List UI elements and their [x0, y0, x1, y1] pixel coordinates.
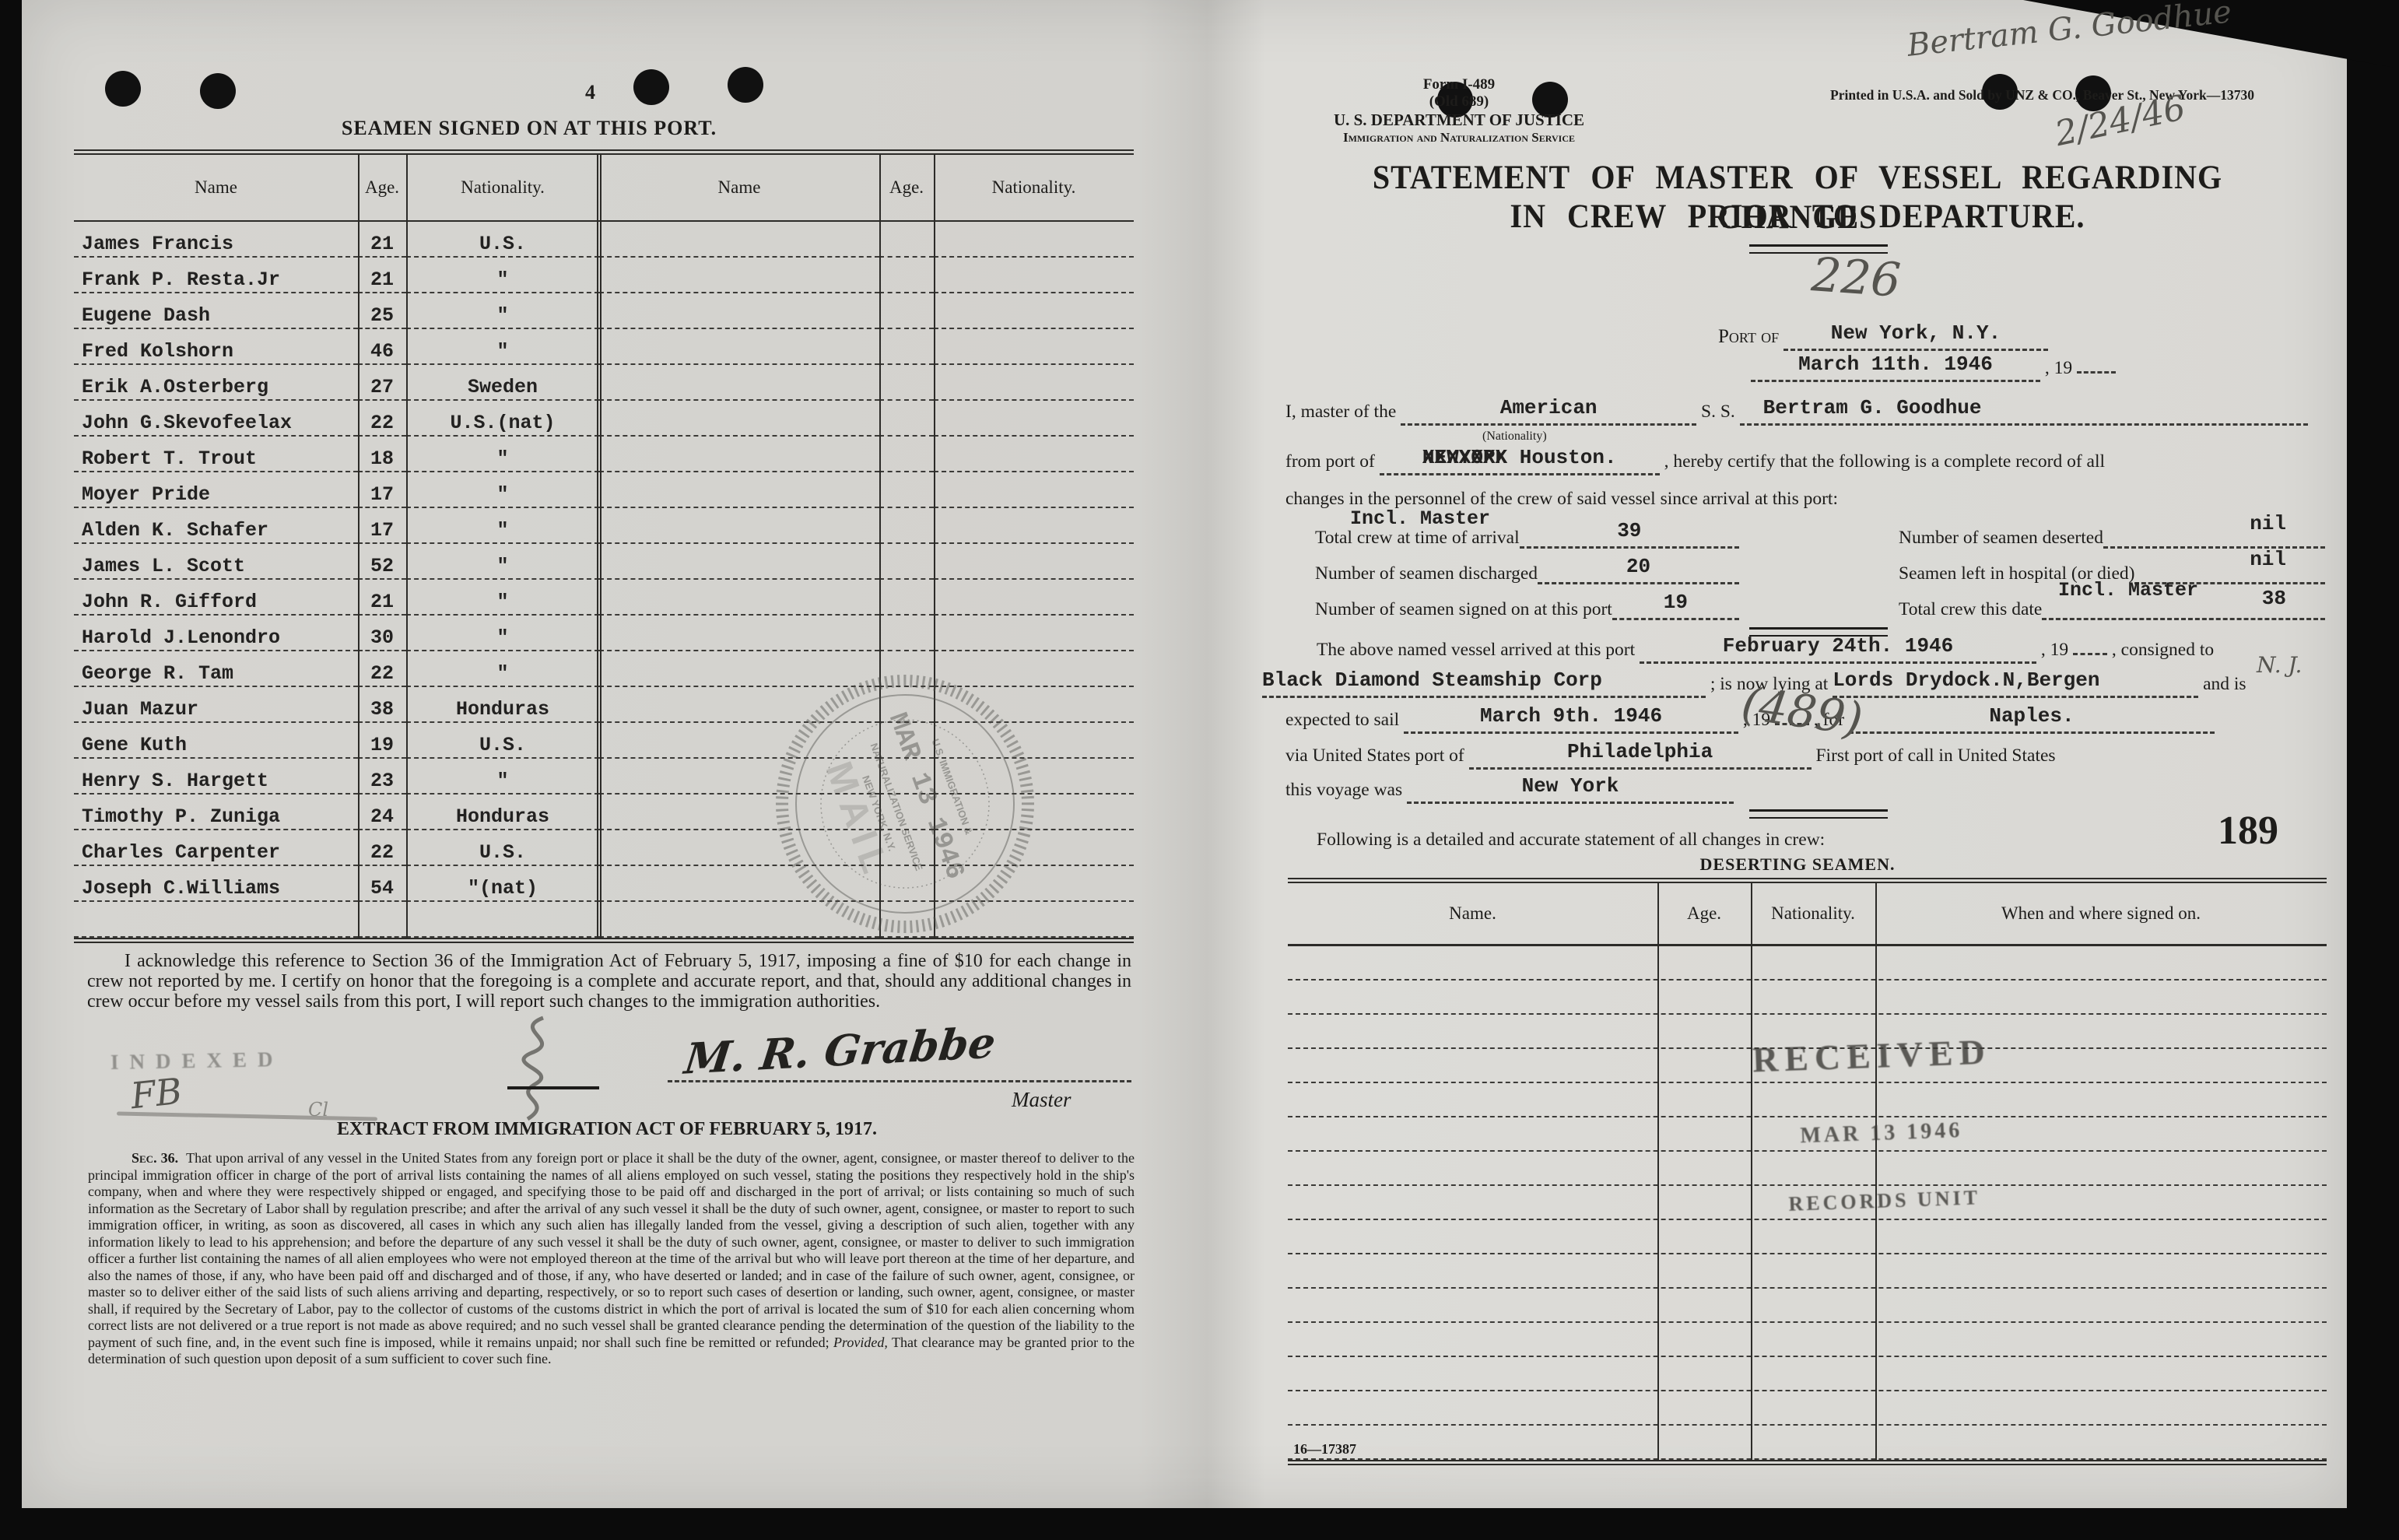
department-name: U. S. DEPARTMENT OF JUSTICE	[1315, 111, 1603, 130]
master-intro: I, master of the	[1285, 402, 1396, 422]
col-header-name: Name	[74, 177, 358, 198]
certify-text: , hereby certify that the following is a…	[1664, 451, 2105, 472]
crew-cell-empty	[879, 258, 934, 293]
page-number: 4	[585, 81, 595, 104]
first-port-label: First port of call in United States	[1815, 745, 2055, 766]
year-suffix-2: , 19	[2041, 640, 2068, 660]
year-suffix: , 19	[2045, 358, 2072, 378]
crew-cell-empty	[599, 293, 879, 329]
crew-cell-empty	[599, 401, 879, 437]
punch-hole	[728, 67, 763, 103]
section-rule-2	[1749, 809, 1888, 819]
stat-discharged-label: Number of seamen discharged	[1315, 563, 1538, 584]
date-field: March 11th. 1946	[1751, 356, 2040, 382]
crew-cell-empty	[879, 508, 934, 544]
via-value: Philadelphia	[1567, 740, 1713, 763]
deserting-empty-row	[1288, 946, 2327, 980]
crew-row: Alden K. Schafer17"	[74, 508, 1134, 544]
crew-row: Moyer Pride17"	[74, 472, 1134, 508]
crew-cell-empty	[879, 329, 934, 365]
crew-cell-empty	[879, 472, 934, 508]
crew-row: James L. Scott52"	[74, 544, 1134, 580]
crew-cell-name: John G.Skevofeelax	[74, 401, 358, 437]
crew-cell-nationality: "	[406, 651, 599, 687]
crew-cell-age: 23	[358, 759, 406, 795]
voyage-value: New York	[1522, 774, 1619, 798]
arrived-date-field: February 24th. 1946	[1640, 638, 2036, 664]
printer-note: Printed in U.S.A. and Sold by UNZ & CO.,…	[1830, 87, 2332, 103]
sail-date-value: March 9th. 1946	[1480, 704, 1662, 728]
crew-cell-empty	[879, 293, 934, 329]
port-of-label: Port of	[1718, 326, 1779, 347]
stat-arrival-label: Total crew at time of arrival	[1315, 528, 1520, 549]
crew-cell-name: Fred Kolshorn	[74, 329, 358, 365]
crew-cell-empty	[599, 616, 879, 651]
short-rule	[507, 1086, 599, 1089]
crew-cell-empty	[934, 329, 1134, 365]
consigned-suffix: , consigned to	[2112, 640, 2214, 660]
crew-cell-empty	[934, 222, 1134, 258]
date-value: March 11th. 1946	[1798, 353, 1993, 376]
crew-cell-nationality: U.S.	[406, 723, 599, 759]
crew-cell-age: 27	[358, 365, 406, 401]
stat-discharged-value: 20	[1626, 555, 1650, 578]
deserting-empty-row	[1288, 980, 2327, 1015]
crew-table-title: SEAMEN SIGNED ON AT THIS PORT.	[226, 117, 833, 140]
crew-cell-name: Gene Kuth	[74, 723, 358, 759]
deserting-table-header: Name. Age. Nationality. When and where s…	[1288, 883, 2327, 946]
crew-cell-age: 52	[358, 544, 406, 580]
crew-row: Eugene Dash25"	[74, 293, 1134, 329]
crew-cell-empty	[599, 580, 879, 616]
via-field: Philadelphia	[1469, 744, 1812, 770]
received-stamp: RECEIVED MAR 13 1946 RECORDS UNIT	[1752, 1031, 1997, 1218]
crew-cell-empty	[934, 437, 1134, 472]
received-stamp-line2: MAR 13 1946	[1800, 1117, 1994, 1149]
crew-cell-age: 22	[358, 401, 406, 437]
crew-cell-empty	[599, 258, 879, 293]
nationality-field: American	[1401, 400, 1696, 426]
crew-cell-age: 24	[358, 795, 406, 830]
crew-row: John G.Skevofeelax22U.S.(nat)	[74, 401, 1134, 437]
crew-cell-name: Moyer Pride	[74, 472, 358, 508]
crew-cell-age: 22	[358, 830, 406, 866]
sail-for-value: Naples.	[1989, 704, 2074, 728]
stat-discharged-field: 20	[1538, 559, 1739, 584]
crew-row: Harold J.Lenondro30"	[74, 616, 1134, 651]
crew-cell-nationality: "	[406, 472, 599, 508]
vessel-name-value: Bertram G. Goodhue	[1763, 396, 1982, 419]
crew-cell-nationality: "	[406, 329, 599, 365]
crew-cell-age: 30	[358, 616, 406, 651]
crew-row: Robert T. Trout18"	[74, 437, 1134, 472]
crew-cell-empty	[934, 508, 1134, 544]
crew-cell-nationality: Honduras	[406, 687, 599, 723]
sail-for-field: Naples.	[1849, 708, 2215, 734]
punch-hole	[200, 73, 236, 109]
nationality-caption: (Nationality)	[1482, 430, 1547, 444]
from-port-label: from port of	[1285, 451, 1375, 472]
extract-body: Sec. 36. That upon arrival of any vessel…	[88, 1150, 1135, 1368]
crew-cell-nationality: U.S.	[406, 222, 599, 258]
year-field	[2077, 371, 2116, 374]
voyage-field: New York	[1407, 778, 1734, 804]
crew-cell-age: 54	[358, 866, 406, 902]
stat-arrival-value: 39	[1617, 519, 1641, 542]
crew-row: John R. Gifford21"	[74, 580, 1134, 616]
crew-table-header: Name Age. Nationality. Name Age. Nationa…	[74, 155, 1134, 222]
crew-cell-empty	[599, 365, 879, 401]
crew-cell-name: Joseph C.Williams	[74, 866, 358, 902]
acknowledgment-paragraph: I acknowledge this reference to Section …	[87, 951, 1131, 1012]
crew-cell-name: Frank P. Resta.Jr	[74, 258, 358, 293]
received-stamp-line1: RECEIVED	[1752, 1031, 1991, 1081]
crew-cell-empty	[879, 580, 934, 616]
voyage-label: this voyage was	[1285, 780, 1402, 800]
crew-cell-empty	[879, 437, 934, 472]
crew-cell-age: 25	[358, 293, 406, 329]
crew-cell-empty	[879, 365, 934, 401]
arrived-date-value: February 24th. 1946	[1723, 634, 1953, 658]
column-divider	[1657, 883, 1659, 1460]
crew-cell-empty	[599, 472, 879, 508]
consignee-field: Black Diamond Steamship Corp	[1262, 672, 1706, 698]
crew-cell-name: Erik A.Osterberg	[74, 365, 358, 401]
from-port-value: Houston.	[1520, 446, 1617, 469]
crew-cell-age: 19	[358, 723, 406, 759]
port-of-value: New York, N.Y.	[1831, 321, 2001, 345]
provided-word: Provided,	[833, 1335, 888, 1350]
stat-deserted-field: nil	[2103, 523, 2325, 549]
nationality-value: American	[1500, 396, 1598, 419]
crew-row: Erik A.Osterberg27Sweden	[74, 365, 1134, 401]
deserting-empty-row	[1288, 1426, 2327, 1460]
crew-cell-name: Henry S. Hargett	[74, 759, 358, 795]
col-header-age: Age.	[1657, 903, 1751, 924]
sail-label: expected to sail	[1285, 710, 1399, 730]
col-header-name: Name.	[1288, 903, 1657, 924]
col-header-age: Age.	[879, 177, 934, 198]
stat-signed-on-label: Number of seamen signed on at this port	[1315, 599, 1612, 620]
extract-title: EXTRACT FROM IMMIGRATION ACT OF FEBRUARY…	[187, 1119, 1027, 1140]
crew-row: James Francis21U.S.	[74, 222, 1134, 258]
sail-date-field: March 9th. 1946	[1404, 708, 1738, 734]
crew-cell-name: James L. Scott	[74, 544, 358, 580]
pencil-scribble	[489, 1010, 590, 1127]
crew-cell-name: James Francis	[74, 222, 358, 258]
crew-cell-empty	[599, 508, 879, 544]
crew-cell-nationality: U.S.	[406, 830, 599, 866]
deserting-title: DESERTING SEAMEN.	[1525, 854, 2070, 875]
stat-hospital-value: nil	[2250, 548, 2286, 571]
crew-cell-nationality: "	[406, 437, 599, 472]
following-text: Following is a detailed and accurate sta…	[1317, 830, 1825, 851]
ss-label: S. S.	[1701, 402, 1735, 422]
crew-cell-empty	[934, 293, 1134, 329]
crew-cell-nationality: "	[406, 616, 599, 651]
form-number: Form I-489	[1315, 76, 1603, 93]
crew-cell-age: 21	[358, 580, 406, 616]
form-title-line2: IN CREW PRIOR TO DEPARTURE.	[1346, 196, 2249, 236]
deserting-empty-row	[1288, 1289, 2327, 1323]
stat-arrival-field: 39	[1520, 523, 1739, 549]
crew-cell-nationality: "	[406, 544, 599, 580]
crew-cell-name: Robert T. Trout	[74, 437, 358, 472]
crew-cell-nationality: "	[406, 258, 599, 293]
service-name: Immigration and Naturalization Service	[1315, 130, 1603, 146]
deserting-empty-row	[1288, 1254, 2327, 1289]
crew-cell-nationality: Sweden	[406, 365, 599, 401]
deserting-empty-row	[1288, 1323, 2327, 1357]
crew-cell-nationality: U.S.(nat)	[406, 401, 599, 437]
column-divider	[597, 155, 602, 938]
col-header-signed-on: When and where signed on.	[1875, 903, 2327, 924]
stamped-number: 189	[2218, 808, 2278, 854]
crew-cell-age: 38	[358, 687, 406, 723]
crew-cell-name: George R. Tam	[74, 651, 358, 687]
punch-hole	[105, 71, 141, 107]
punch-hole	[633, 69, 669, 105]
pencil-initials: FB	[128, 1070, 184, 1117]
from-port-overstrike: XXXXXXX	[1422, 446, 1507, 469]
col-header-name: Name	[599, 177, 879, 198]
crew-row: Frank P. Resta.Jr21"	[74, 258, 1134, 293]
stat-deserted-value: nil	[2250, 512, 2286, 535]
stat-total-label: Total crew this date	[1899, 599, 2042, 620]
crew-cell-nationality: Honduras	[406, 795, 599, 830]
crew-cell-empty	[879, 616, 934, 651]
crew-cell-empty	[934, 365, 1134, 401]
lying-field: Lords Drydock.N,Bergen	[1833, 672, 2198, 698]
crew-cell-name: Harold J.Lenondro	[74, 616, 358, 651]
crew-cell-name: Alden K. Schafer	[74, 508, 358, 544]
crew-cell-empty	[934, 401, 1134, 437]
section-label: Sec. 36.	[88, 1150, 178, 1166]
handwritten-nj: N. J.	[2257, 652, 2302, 678]
crew-cell-name: John R. Gifford	[74, 580, 358, 616]
crew-cell-age: 17	[358, 472, 406, 508]
crew-cell-nationality: "	[406, 293, 599, 329]
stat-signed-on-field: 19	[1612, 595, 1739, 620]
port-of-field: New York, N.Y.	[1783, 325, 2048, 351]
column-divider	[406, 155, 408, 938]
crew-row: Fred Kolshorn46"	[74, 329, 1134, 365]
col-header-nationality: Nationality.	[1751, 903, 1875, 924]
certify-text2: changes in the personnel of the crew of …	[1285, 489, 1838, 510]
lying-value: Lords Drydock.N,Bergen	[1833, 668, 2099, 692]
indexed-stamp: INDEXED	[110, 1047, 284, 1075]
crew-cell-age: 18	[358, 437, 406, 472]
crew-cell-nationality	[406, 902, 599, 938]
consignee-value: Black Diamond Steamship Corp	[1262, 668, 1602, 692]
scanned-document: 4 SEAMEN SIGNED ON AT THIS PORT. Name Ag…	[0, 0, 2399, 1540]
crew-cell-empty	[934, 472, 1134, 508]
crew-cell-nationality: "	[406, 759, 599, 795]
arrived-intro: The above named vessel arrived at this p…	[1317, 640, 1635, 660]
handwritten-number: 226	[1810, 247, 1903, 308]
crew-cell-name: Eugene Dash	[74, 293, 358, 329]
crew-cell-age: 46	[358, 329, 406, 365]
crew-cell-age	[358, 902, 406, 938]
and-is-label: and is	[2203, 674, 2246, 694]
crew-cell-nationality: "	[406, 508, 599, 544]
crew-cell-empty	[879, 401, 934, 437]
form-id-block: Form I-489 (Old 689) U. S. DEPARTMENT OF…	[1315, 76, 1603, 146]
col-header-nationality: Nationality.	[934, 177, 1134, 198]
crew-cell-empty	[599, 437, 879, 472]
crew-cell-age: 21	[358, 258, 406, 293]
crew-cell-name: Charles Carpenter	[74, 830, 358, 866]
stat-total-value: 38	[2262, 587, 2286, 610]
crew-cell-empty	[599, 544, 879, 580]
crew-cell-empty	[599, 222, 879, 258]
crew-cell-name	[74, 902, 358, 938]
crew-cell-name: Timothy P. Zuniga	[74, 795, 358, 830]
crew-cell-name: Juan Mazur	[74, 687, 358, 723]
crew-cell-empty	[879, 544, 934, 580]
stat-deserted-label: Number of seamen deserted	[1899, 528, 2103, 549]
signature-line	[668, 1080, 1131, 1082]
deserting-empty-row	[1288, 1357, 2327, 1391]
column-divider	[358, 155, 359, 938]
stat-signed-on-value: 19	[1664, 591, 1688, 614]
from-port-field: NEWYORKXXXXXXX Houston.	[1380, 450, 1660, 475]
crew-cell-nationality: "	[406, 580, 599, 616]
col-header-nationality: Nationality.	[406, 177, 599, 198]
crew-cell-empty	[879, 222, 934, 258]
extract-text-1: That upon arrival of any vessel in the U…	[88, 1150, 1135, 1350]
deserting-empty-row	[1288, 1391, 2327, 1426]
column-divider	[1751, 883, 1752, 1460]
crew-cell-empty	[934, 544, 1134, 580]
old-form-number: (Old 689)	[1315, 93, 1603, 111]
crew-cell-age: 21	[358, 222, 406, 258]
vessel-name-field: Bertram G. Goodhue	[1740, 400, 2308, 426]
deserting-empty-row	[1288, 1220, 2327, 1254]
col-header-age: Age.	[358, 177, 406, 198]
year-field-2	[2073, 653, 2107, 655]
crew-cell-empty	[934, 580, 1134, 616]
crew-cell-age: 17	[358, 508, 406, 544]
footer-code: 16—17387	[1293, 1441, 1356, 1458]
signer-title: Master	[1012, 1088, 1071, 1112]
via-label: via United States port of	[1285, 745, 1464, 766]
crew-cell-age: 22	[358, 651, 406, 687]
crew-cell-nationality: "(nat)	[406, 866, 599, 902]
crew-cell-empty	[934, 258, 1134, 293]
stat-total-field: 38	[2042, 595, 2325, 620]
round-date-stamp: MAR 13 1946 U.S. IMMIGRATION & NATURALIZ…	[773, 672, 1037, 936]
crew-cell-empty	[599, 329, 879, 365]
crew-cell-empty	[934, 616, 1134, 651]
